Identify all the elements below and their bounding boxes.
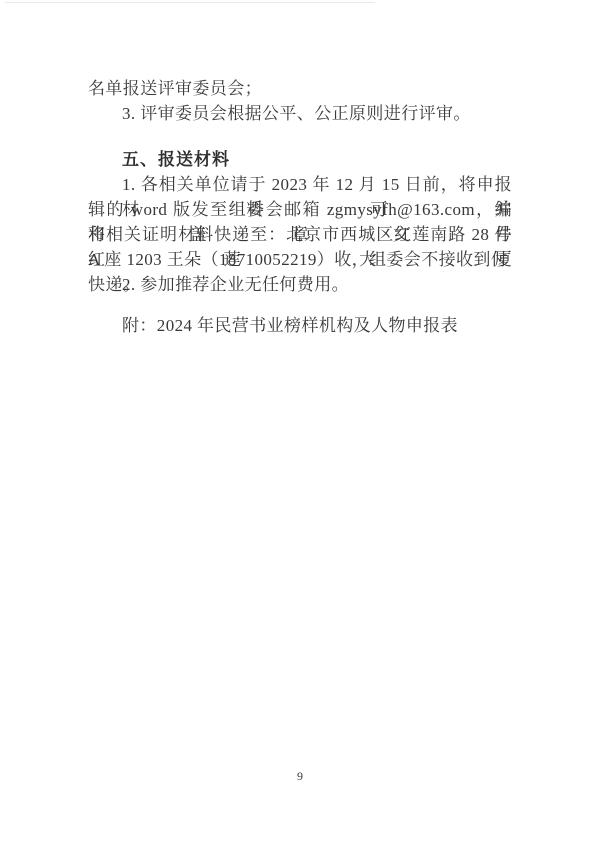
paragraph-continuation-line: 名单报送评审委员会； <box>88 76 512 101</box>
list-item-1-line-3-address: 和相关证明材料快递至：北京市西城区红莲南路 28 号红莲大厦 <box>88 222 512 247</box>
list-item-1-line-1: 1. 各相关单位请于 2023 年 12 月 15 日前，将申报材料可编 <box>88 172 512 197</box>
list-item-1-line-4-recipient-phone: A 座 1203 王朵（18710052219）收，组委会不接收到付快递。 <box>88 247 512 272</box>
attachment-note: 附：2024 年民营书业榜样机构及人物申报表 <box>88 313 512 338</box>
list-item-1-line-2-email: 辑的 word 版发至组委会邮箱 zgmysyfh@163.com，并将盖章文件 <box>88 197 512 222</box>
document-page: 名单报送评审委员会； 3. 评审委员会根据公平、公正原则进行评审。 五、报送材料… <box>0 0 600 848</box>
list-item-3-review-principle: 3. 评审委员会根据公平、公正原则进行评审。 <box>88 101 512 126</box>
page-number: 9 <box>0 766 600 786</box>
section-heading-submission-materials: 五、报送材料 <box>88 147 512 172</box>
list-item-2-no-fee: 2. 参加推荐企业无任何费用。 <box>88 272 512 297</box>
scan-artifact-line <box>5 2 375 3</box>
